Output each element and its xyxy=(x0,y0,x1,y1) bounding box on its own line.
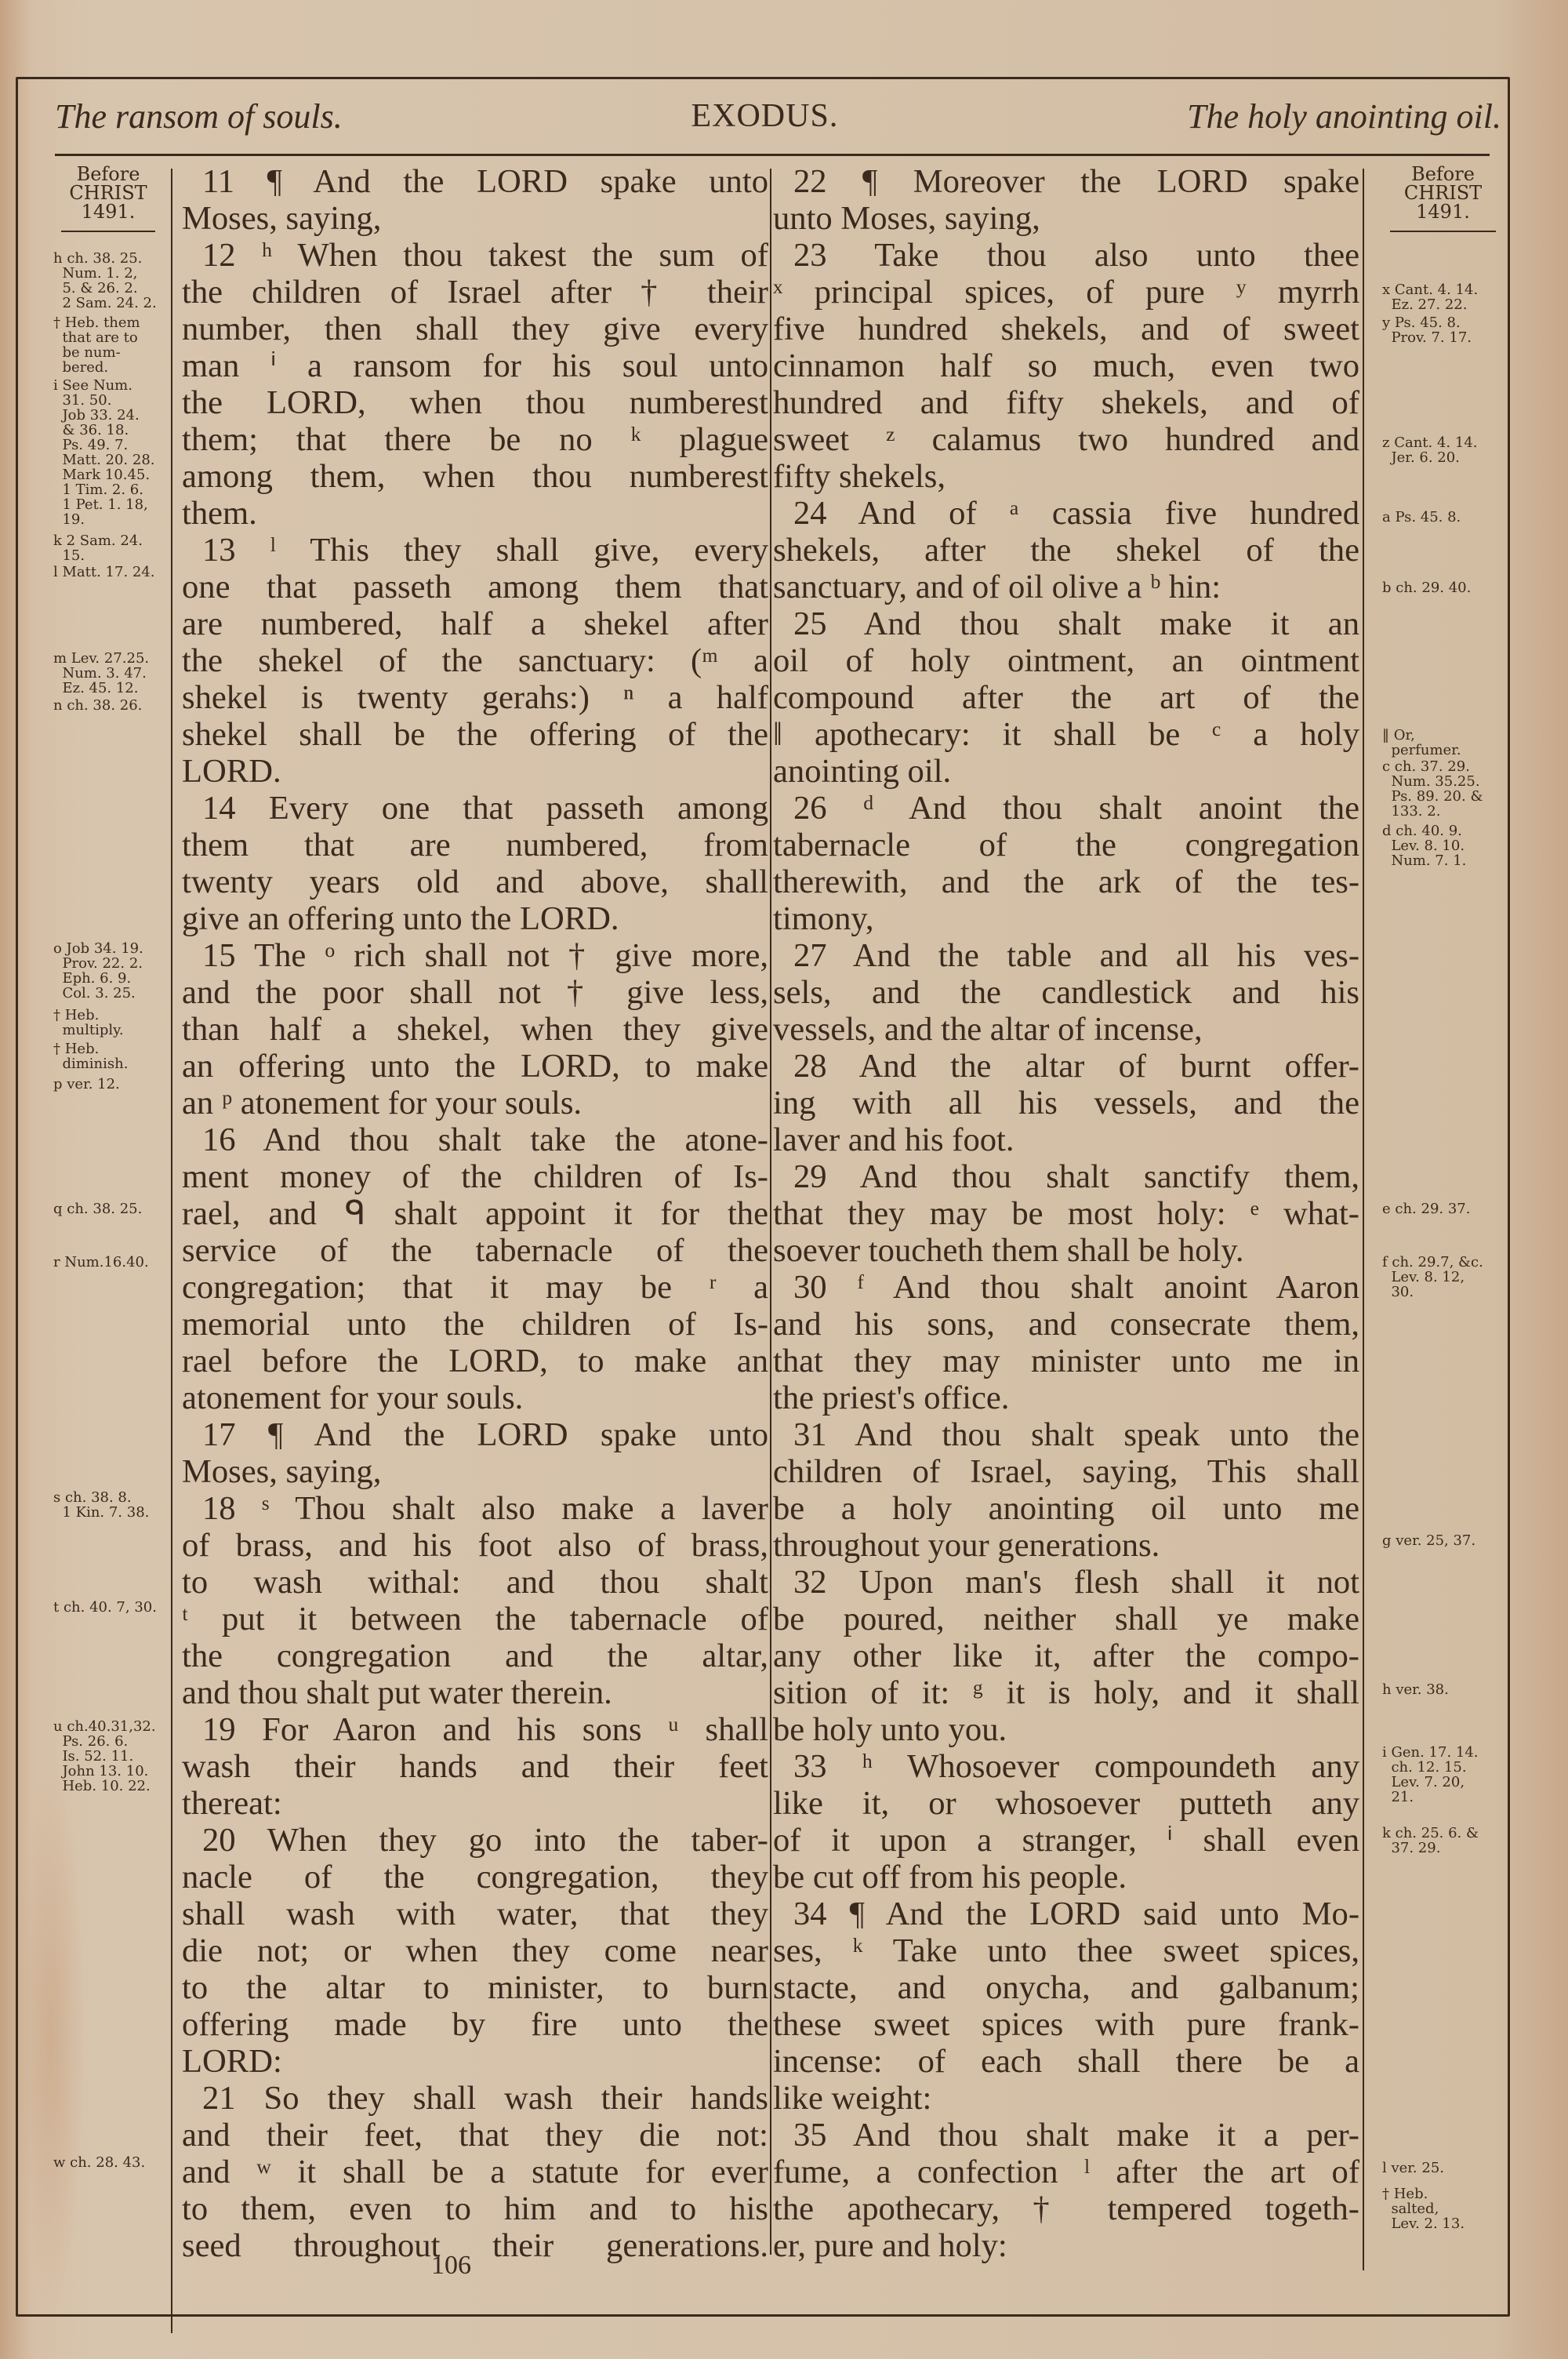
verse-line: unto Moses, saying, xyxy=(773,200,1359,237)
verse-line: 17 ¶ And the LORD spake unto xyxy=(182,1416,768,1453)
cross-reference-note: ‖ Or, perfumer. xyxy=(1382,728,1461,758)
date-label-left: Before CHRIST 1491. xyxy=(61,165,155,232)
cross-reference-note: m Lev. 27.25. Num. 3. 47. Ez. 45. 12. xyxy=(53,651,149,696)
right-running-title: The holy anointing oil. xyxy=(1187,96,1501,136)
verse-line: sition of it: ᵍ it is holy, and it shall xyxy=(773,1674,1359,1711)
verse-line: 13 ˡ This they shall give, every xyxy=(182,532,768,569)
verse-line: the congregation and the altar, xyxy=(182,1637,768,1674)
verse-line: to the altar to minister, to burn xyxy=(182,1969,768,2006)
verse-line: 14 Every one that passeth among xyxy=(182,790,768,827)
cross-reference-note: † Heb. them that are to be num- bered. xyxy=(53,315,140,375)
verse-line: 30 ᶠ And thou shalt anoint Aaron xyxy=(773,1269,1359,1306)
verse-line: be a holy anointing oil unto me xyxy=(773,1490,1359,1527)
cross-reference-note: † Heb. salted, Lev. 2. 13. xyxy=(1382,2186,1465,2231)
verse-line: atonement for your souls. xyxy=(182,1379,768,1416)
verse-line: fifty shekels, xyxy=(773,458,1359,495)
cross-reference-note: r Num.16.40. xyxy=(53,1255,149,1270)
verse-line: rael before the LORD, to make an xyxy=(182,1343,768,1379)
cross-reference-note: n ch. 38. 26. xyxy=(53,698,142,713)
right-margin-references: Before CHRIST 1491. x Cant. 4. 14. Ez. 2… xyxy=(1376,165,1505,232)
cross-reference-note: o Job 34. 19. Prov. 22. 2. Eph. 6. 9. Co… xyxy=(53,941,143,1001)
verse-line: ment money of the children of Is- xyxy=(182,1158,768,1195)
cross-reference-note: h ch. 38. 25. Num. 1. 2, 5. & 26. 2. 2 S… xyxy=(53,251,157,311)
cross-reference-note: l ver. 25. xyxy=(1382,2161,1444,2175)
verse-line: that they may minister unto me in xyxy=(773,1343,1359,1379)
verse-line: Moses, saying, xyxy=(182,200,768,237)
verse-line: seed throughout their generations. xyxy=(182,2227,768,2264)
verse-line: to wash withal: and thou shalt xyxy=(182,1564,768,1601)
verse-line: that they may be most holy: ᵉ what- xyxy=(773,1195,1359,1232)
cross-reference-note: b ch. 29. 40. xyxy=(1382,580,1471,595)
verse-line: 31 And thou shalt speak unto the xyxy=(773,1416,1359,1453)
cross-reference-note: l Matt. 17. 24. xyxy=(53,565,155,580)
verse-line: 22 ¶ Moreover the LORD spake xyxy=(773,163,1359,200)
verse-line: 18 ˢ Thou shalt also make a laver xyxy=(182,1490,768,1527)
verse-line: ing with all his vessels, and the xyxy=(773,1085,1359,1121)
page-number: 106 xyxy=(431,2251,471,2281)
verse-line: memorial unto the children of Is- xyxy=(182,1306,768,1343)
verse-line: 34 ¶ And the LORD said unto Mo- xyxy=(773,1896,1359,1932)
verse-line: congregation; that it may be ʳ a xyxy=(182,1269,768,1306)
verse-line: shall wash with water, that they xyxy=(182,1896,768,1932)
date-label-line: Before xyxy=(1390,165,1496,184)
verse-line: and thou shalt put water therein. xyxy=(182,1674,768,1711)
verse-line: of it upon a stranger, ⁱ shall even xyxy=(773,1822,1359,1859)
cross-reference-note: d ch. 40. 9. Lev. 8. 10. Num. 7. 1. xyxy=(1382,823,1466,868)
verse-line: one that passeth among them that xyxy=(182,569,768,605)
cross-reference-note: w ch. 28. 43. xyxy=(53,2155,145,2170)
verse-line: an offering unto the LORD, to make xyxy=(182,1048,768,1085)
verse-line: sweet ᶻ calamus two hundred and xyxy=(773,421,1359,458)
verse-line: like it, or whosoever putteth any xyxy=(773,1785,1359,1822)
verse-line: die not; or when they come near xyxy=(182,1932,768,1969)
cross-reference-note: k ch. 25. 6. & 37. 29. xyxy=(1382,1826,1479,1856)
verse-line: number, then shall they give every xyxy=(182,311,768,347)
verse-line: twenty years old and above, shall xyxy=(182,863,768,900)
cross-reference-note: † Heb. diminish. xyxy=(53,1041,128,1071)
verse-line: be holy unto you. xyxy=(773,1711,1359,1748)
verse-line: wash their hands and their feet xyxy=(182,1748,768,1785)
verse-line: LORD: xyxy=(182,2043,768,2080)
verse-line: thereat: xyxy=(182,1785,768,1822)
verse-line: the priest's office. xyxy=(773,1379,1359,1416)
cross-reference-note: f ch. 29.7, &c. Lev. 8. 12, 30. xyxy=(1382,1255,1483,1299)
verse-line: ses, ᵏ Take unto thee sweet spices, xyxy=(773,1932,1359,1969)
verse-line: 35 And thou shalt make it a per- xyxy=(773,2117,1359,2154)
verse-line: timony, xyxy=(773,900,1359,937)
cross-reference-note: z Cant. 4. 14. Jer. 6. 20. xyxy=(1382,435,1478,465)
verse-line: compound after the art of the xyxy=(773,679,1359,716)
verse-line: like weight: xyxy=(773,2080,1359,2117)
verse-line: tabernacle of the congregation xyxy=(773,827,1359,863)
verse-line: among them, when thou numberest xyxy=(182,458,768,495)
verse-line: 25 And thou shalt make it an xyxy=(773,605,1359,642)
verse-line: are numbered, half a shekel after xyxy=(182,605,768,642)
verse-line: the apothecary, † tempered togeth- xyxy=(773,2190,1359,2227)
verse-line: 15 The ᵒ rich shall not † give more, xyxy=(182,937,768,974)
verse-line: er, pure and holy: xyxy=(773,2227,1359,2264)
verse-line: them; that there be no ᵏ plague xyxy=(182,421,768,458)
verse-line: shekels, after the shekel of the xyxy=(773,532,1359,569)
verse-line: five hundred shekels, and of sweet xyxy=(773,311,1359,347)
verse-line: ᵗ put it between the tabernacle of xyxy=(182,1601,768,1637)
cross-reference-note: t ch. 40. 7, 30. xyxy=(53,1600,157,1615)
header-rule xyxy=(55,154,1490,156)
date-label-right: Before CHRIST 1491. xyxy=(1390,165,1496,232)
verse-line: and their feet, that they die not: xyxy=(182,2117,768,2154)
cross-reference-note: i Gen. 17. 14. ch. 12. 15. Lev. 7. 20, 2… xyxy=(1382,1745,1479,1805)
cross-reference-note: h ver. 38. xyxy=(1382,1682,1449,1697)
verse-line: oil of holy ointment, an ointment xyxy=(773,642,1359,679)
verse-line: to them, even to him and to his xyxy=(182,2190,768,2227)
verse-line: LORD. xyxy=(182,753,768,790)
verse-line: of brass, and his foot also of brass, xyxy=(182,1527,768,1564)
verse-line: fume, a confection ˡ after the art of xyxy=(773,2154,1359,2190)
verse-line: soever toucheth them shall be holy. xyxy=(773,1232,1359,1269)
verse-line: shekel shall be the offering of the xyxy=(182,716,768,753)
verse-line: 29 And thou shalt sanctify them, xyxy=(773,1158,1359,1195)
verse-line: service of the tabernacle of the xyxy=(182,1232,768,1269)
verse-line: give an offering unto the LORD. xyxy=(182,900,768,937)
verse-line: stacte, and onycha, and galbanum; xyxy=(773,1969,1359,2006)
verse-line: anointing oil. xyxy=(773,753,1359,790)
verse-line: sanctuary, and of oil olive a ᵇ hin: xyxy=(773,569,1359,605)
verse-line: and his sons, and consecrate them, xyxy=(773,1306,1359,1343)
verse-line: the children of Israel after † their xyxy=(182,274,768,311)
verse-line: 27 And the table and all his ves- xyxy=(773,937,1359,974)
right-column-rule xyxy=(1363,169,1364,2270)
verse-line: man ⁱ a ransom for his soul unto xyxy=(182,347,768,384)
cross-reference-note: p ver. 12. xyxy=(53,1077,120,1092)
cross-reference-note: k 2 Sam. 24. 15. xyxy=(53,533,143,563)
verse-line: offering made by fire unto the xyxy=(182,2006,768,2043)
cross-reference-note: q ch. 38. 25. xyxy=(53,1201,142,1216)
verse-line: an ᵖ atonement for your souls. xyxy=(182,1085,768,1121)
verse-line: them that are numbered, from xyxy=(182,827,768,863)
verse-line: 12 ʰ When thou takest the sum of xyxy=(182,237,768,274)
verse-line: incense: of each shall there be a xyxy=(773,2043,1359,2080)
verse-line: any other like it, after the compo- xyxy=(773,1637,1359,1674)
verse-line: ‖ apothecary: it shall be ᶜ a holy xyxy=(773,716,1359,753)
verse-line: 23 Take thou also unto thee xyxy=(773,237,1359,274)
running-header: The ransom of souls. EXODUS. The holy an… xyxy=(55,93,1501,140)
text-column-right: 22 ¶ Moreover the LORD spakeunto Moses, … xyxy=(773,163,1359,2264)
verse-line: 21 So they shall wash their hands xyxy=(182,2080,768,2117)
verse-line: the LORD, when thou numberest xyxy=(182,384,768,421)
verse-line: 32 Upon man's flesh shall it not xyxy=(773,1564,1359,1601)
verse-line: 24 And of ᵃ cassia five hundred xyxy=(773,495,1359,532)
verse-line: hundred and fifty shekels, and of xyxy=(773,384,1359,421)
verse-line: 19 For Aaron and his sons ᵘ shall xyxy=(182,1711,768,1748)
verse-line: children of Israel, saying, This shall xyxy=(773,1453,1359,1490)
verse-line: 33 ʰ Whosoever compoundeth any xyxy=(773,1748,1359,1785)
left-margin-references: Before CHRIST 1491. h ch. 38. 25. Num. 1… xyxy=(47,165,165,232)
verse-line: be poured, neither shall ye make xyxy=(773,1601,1359,1637)
verse-line: be cut off from his people. xyxy=(773,1859,1359,1896)
verse-line: 28 And the altar of burnt offer- xyxy=(773,1048,1359,1085)
verse-line: 11 ¶ And the LORD spake unto xyxy=(182,163,768,200)
verse-line: 26 ᵈ And thou shalt anoint the xyxy=(773,790,1359,827)
verse-line: shekel is twenty gerahs:) ⁿ a half xyxy=(182,679,768,716)
verse-line: than half a shekel, when they give xyxy=(182,1011,768,1048)
verse-line: 16 And thou shalt take the atone- xyxy=(182,1121,768,1158)
cross-reference-note: g ver. 25, 37. xyxy=(1382,1533,1475,1548)
verse-line: these sweet spices with pure frank- xyxy=(773,2006,1359,2043)
left-column-rule xyxy=(171,169,172,2333)
date-label-line: CHRIST xyxy=(61,184,155,202)
cross-reference-note: i See Num. 31. 50. Job 33. 24. & 36. 18.… xyxy=(53,378,155,527)
verse-line: laver and his foot. xyxy=(773,1121,1359,1158)
verse-line: ˣ principal spices, of pure ʸ myrrh xyxy=(773,274,1359,311)
verse-line: rael, and ᑫ shalt appoint it for the xyxy=(182,1195,768,1232)
date-label-line: 1491. xyxy=(61,202,155,221)
center-column-rule xyxy=(770,169,771,2255)
cross-reference-note: u ch.40.31,32. Ps. 26. 6. Is. 52. 11. Jo… xyxy=(53,1719,156,1794)
verse-line: sels, and the candlestick and his xyxy=(773,974,1359,1011)
cross-reference-note: y Ps. 45. 8. Prov. 7. 17. xyxy=(1382,315,1472,345)
verse-line: nacle of the congregation, they xyxy=(182,1859,768,1896)
cross-reference-note: e ch. 29. 37. xyxy=(1382,1201,1470,1216)
text-column-left: 11 ¶ And the LORD spake untoMoses, sayin… xyxy=(182,163,768,2264)
verse-line: and the poor shall not † give less, xyxy=(182,974,768,1011)
verse-line: them. xyxy=(182,495,768,532)
left-running-title: The ransom of souls. xyxy=(55,96,343,136)
verse-line: vessels, and the altar of incense, xyxy=(773,1011,1359,1048)
cross-reference-note: c ch. 37. 29. Num. 35.25. Ps. 89. 20. & … xyxy=(1382,759,1483,819)
cross-reference-note: a Ps. 45. 8. xyxy=(1382,510,1461,525)
verse-line: therewith, and the ark of the tes- xyxy=(773,863,1359,900)
verse-line: cinnamon half so much, even two xyxy=(773,347,1359,384)
verse-line: 20 When they go into the taber- xyxy=(182,1822,768,1859)
verse-line: the shekel of the sanctuary: (ᵐ a xyxy=(182,642,768,679)
date-label-line: CHRIST xyxy=(1390,184,1496,202)
cross-reference-note: † Heb. multiply. xyxy=(53,1008,124,1038)
verse-line: Moses, saying, xyxy=(182,1453,768,1490)
verse-line: and ʷ it shall be a statute for ever xyxy=(182,2154,768,2190)
date-label-line: 1491. xyxy=(1390,202,1496,221)
cross-reference-note: x Cant. 4. 14. Ez. 27. 22. xyxy=(1382,282,1478,312)
book-title: EXODUS. xyxy=(691,97,838,135)
verse-line: throughout your generations. xyxy=(773,1527,1359,1564)
cross-reference-note: s ch. 38. 8. 1 Kin. 7. 38. xyxy=(53,1490,149,1520)
date-label-line: Before xyxy=(61,165,155,184)
